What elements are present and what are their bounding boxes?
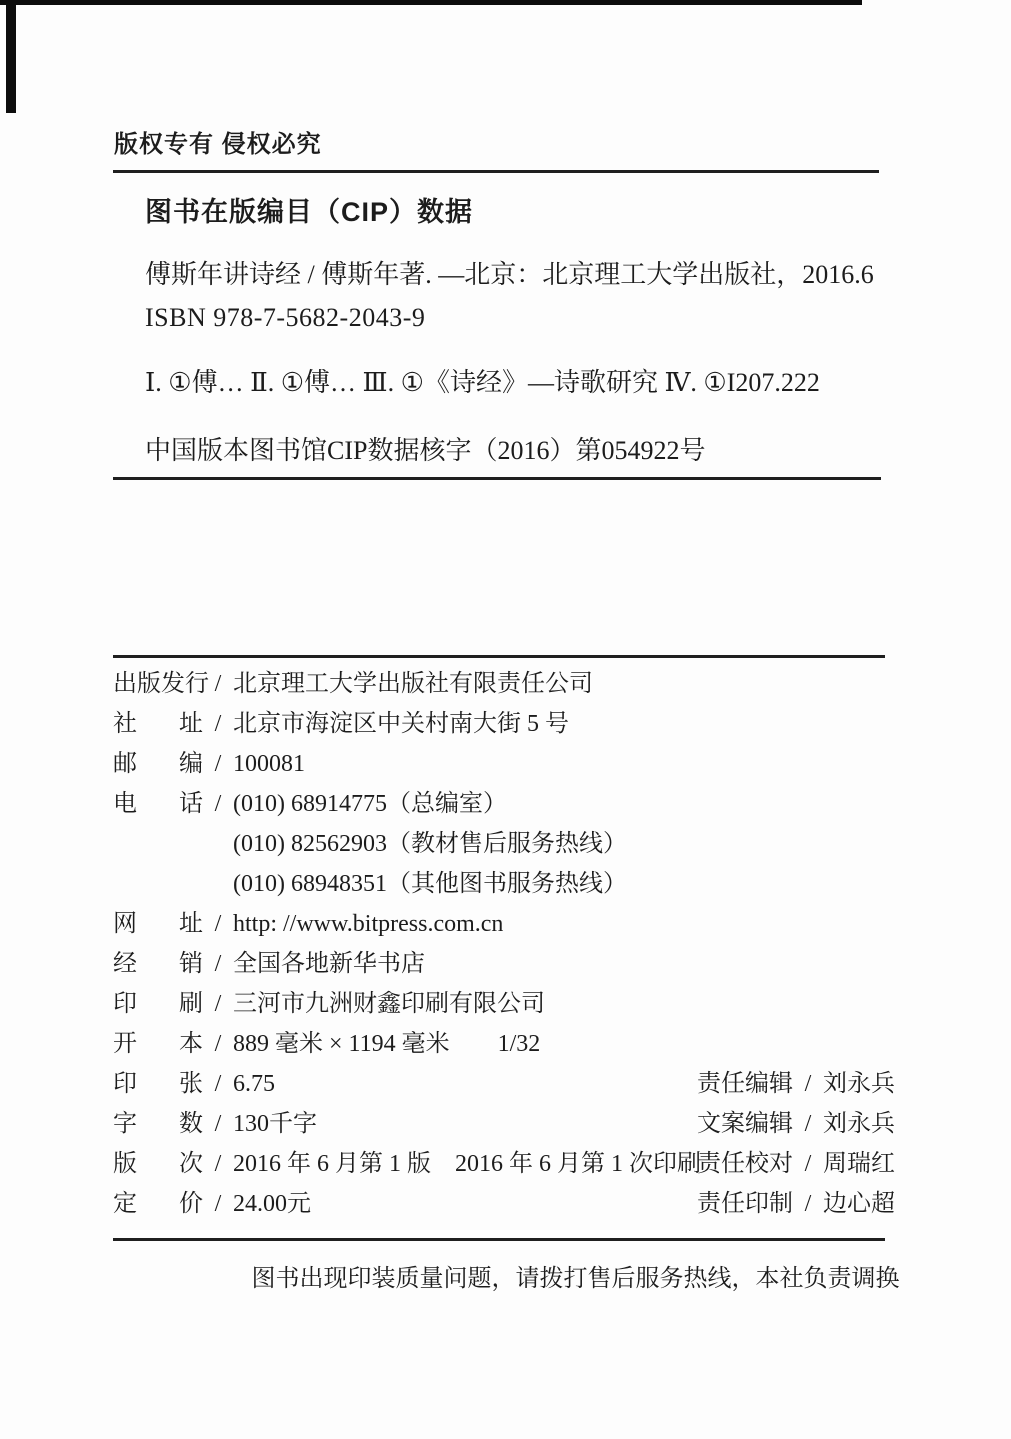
- row-right-label: 文案编辑: [697, 1104, 793, 1144]
- publication-info-row: 经销 / 全国各地新华书店: [113, 944, 993, 984]
- publication-info-row: 定价 / 24.00元 责任印制 / 边心超: [113, 1184, 993, 1224]
- row-label: 电话: [113, 784, 203, 824]
- row-separator: /: [203, 1024, 233, 1064]
- publication-info-row: 社址 / 北京市海淀区中关村南大街 5 号: [113, 704, 993, 744]
- row-label: 印刷: [113, 984, 203, 1024]
- publication-info-row: 字数 / 130千字 文案编辑 / 刘永兵: [113, 1104, 993, 1144]
- row-right-label: 责任编辑: [697, 1064, 793, 1104]
- row-separator: /: [203, 664, 233, 704]
- row-right-value: 刘永兵: [823, 1064, 895, 1104]
- divider-cip-bottom: [113, 477, 881, 480]
- copyright-notice: 版权专有 侵权必究: [114, 124, 322, 159]
- publication-info-row: 网址 / http: //www.bitpress.com.cn: [113, 904, 993, 944]
- publication-info-row: 电话 / (010) 68914775（总编室）: [113, 784, 993, 824]
- row-right-value: 边心超: [823, 1184, 895, 1224]
- row-value: (010) 82562903（教材售后服务热线）: [233, 824, 627, 864]
- row-right-label: 责任校对: [697, 1144, 793, 1184]
- row-value: 24.00元: [233, 1184, 311, 1224]
- row-right-separator: /: [793, 1184, 823, 1224]
- row-separator: /: [203, 1144, 233, 1184]
- row-separator: /: [203, 1064, 233, 1104]
- row-label: 邮编: [113, 744, 203, 784]
- row-right-separator: /: [793, 1104, 823, 1144]
- row-right-group: 文案编辑 / 刘永兵: [697, 1104, 895, 1144]
- row-separator: /: [203, 984, 233, 1024]
- scan-artifact-left-edge: [6, 0, 16, 113]
- cip-record-number-line: 中国版本图书馆CIP数据核字（2016）第054922号: [145, 430, 705, 467]
- book-copyright-page: 版权专有 侵权必究 图书在版编目（CIP）数据 傅斯年讲诗经 / 傅斯年著. —…: [0, 0, 1011, 1439]
- row-value: 三河市九洲财鑫印刷有限公司: [233, 984, 545, 1024]
- row-right-separator: /: [793, 1144, 823, 1184]
- row-right-group: 责任校对 / 周瑞红: [697, 1144, 895, 1184]
- divider-publication-top: [113, 655, 885, 658]
- row-label: 印张: [113, 1064, 203, 1104]
- row-value: 2016 年 6 月第 1 版 2016 年 6 月第 1 次印刷: [233, 1144, 701, 1184]
- publication-info-row: 出版发行 / 北京理工大学出版社有限责任公司: [113, 664, 993, 704]
- row-value: 6.75: [233, 1064, 275, 1104]
- row-separator: /: [203, 1184, 233, 1224]
- row-value: 130千字: [233, 1104, 317, 1144]
- row-separator: /: [203, 744, 233, 784]
- scan-artifact-top-edge: [0, 0, 862, 5]
- row-label: 定价: [113, 1184, 203, 1224]
- row-value: 北京理工大学出版社有限责任公司: [233, 664, 593, 704]
- publication-info-row: 印刷 / 三河市九洲财鑫印刷有限公司: [113, 984, 993, 1024]
- row-value: 889 毫米 × 1194 毫米 1/32: [233, 1024, 540, 1064]
- publication-info-row: 开本 / 889 毫米 × 1194 毫米 1/32: [113, 1024, 993, 1064]
- row-label: 出版发行: [113, 664, 203, 704]
- row-value: (010) 68914775（总编室）: [233, 784, 507, 824]
- row-label: 经销: [113, 944, 203, 984]
- row-separator: /: [203, 944, 233, 984]
- cip-classification-line: Ⅰ. ①傅… Ⅱ. ①傅… Ⅲ. ①《诗经》—诗歌研究 Ⅳ. ①I207.222: [145, 362, 820, 399]
- row-right-separator: /: [793, 1064, 823, 1104]
- cip-description-line: 傅斯年讲诗经 / 傅斯年著. —北京：北京理工大学出版社，2016.6: [145, 254, 874, 291]
- row-separator: /: [203, 1104, 233, 1144]
- row-right-label: 责任印制: [697, 1184, 793, 1224]
- row-value: http: //www.bitpress.com.cn: [233, 904, 503, 944]
- row-label: 网址: [113, 904, 203, 944]
- row-right-value: 刘永兵: [823, 1104, 895, 1144]
- row-label: 版次: [113, 1144, 203, 1184]
- row-label: 字数: [113, 1104, 203, 1144]
- row-value: 全国各地新华书店: [233, 944, 425, 984]
- divider-bottom: [113, 1238, 885, 1241]
- publication-info-row: 版次 / 2016 年 6 月第 1 版 2016 年 6 月第 1 次印刷 责…: [113, 1144, 993, 1184]
- row-value: (010) 68948351（其他图书服务热线）: [233, 864, 627, 904]
- row-label: 社址: [113, 704, 203, 744]
- row-separator: /: [203, 784, 233, 824]
- row-value: 100081: [233, 744, 305, 784]
- row-value: 北京市海淀区中关村南大街 5 号: [233, 704, 569, 744]
- divider-top: [113, 170, 879, 173]
- footer-note: 图书出现印装质量问题，请拨打售后服务热线，本社负责调换: [200, 1258, 951, 1293]
- cip-section-title: 图书在版编目（CIP）数据: [145, 190, 473, 229]
- row-label: 开本: [113, 1024, 203, 1064]
- publication-info-row: / (010) 68948351（其他图书服务热线）: [113, 864, 993, 904]
- row-right-value: 周瑞红: [823, 1144, 895, 1184]
- row-separator: /: [203, 704, 233, 744]
- row-right-group: 责任印制 / 边心超: [697, 1184, 895, 1224]
- row-right-group: 责任编辑 / 刘永兵: [697, 1064, 895, 1104]
- publication-info-row: 印张 / 6.75 责任编辑 / 刘永兵: [113, 1064, 993, 1104]
- publication-info-row: / (010) 82562903（教材售后服务热线）: [113, 824, 993, 864]
- publication-info-list: 出版发行 / 北京理工大学出版社有限责任公司 社址 / 北京市海淀区中关村南大街…: [113, 664, 993, 1224]
- publication-info-row: 邮编 / 100081: [113, 744, 993, 784]
- row-separator: /: [203, 904, 233, 944]
- isbn-line: ISBN 978-7-5682-2043-9: [145, 303, 425, 333]
